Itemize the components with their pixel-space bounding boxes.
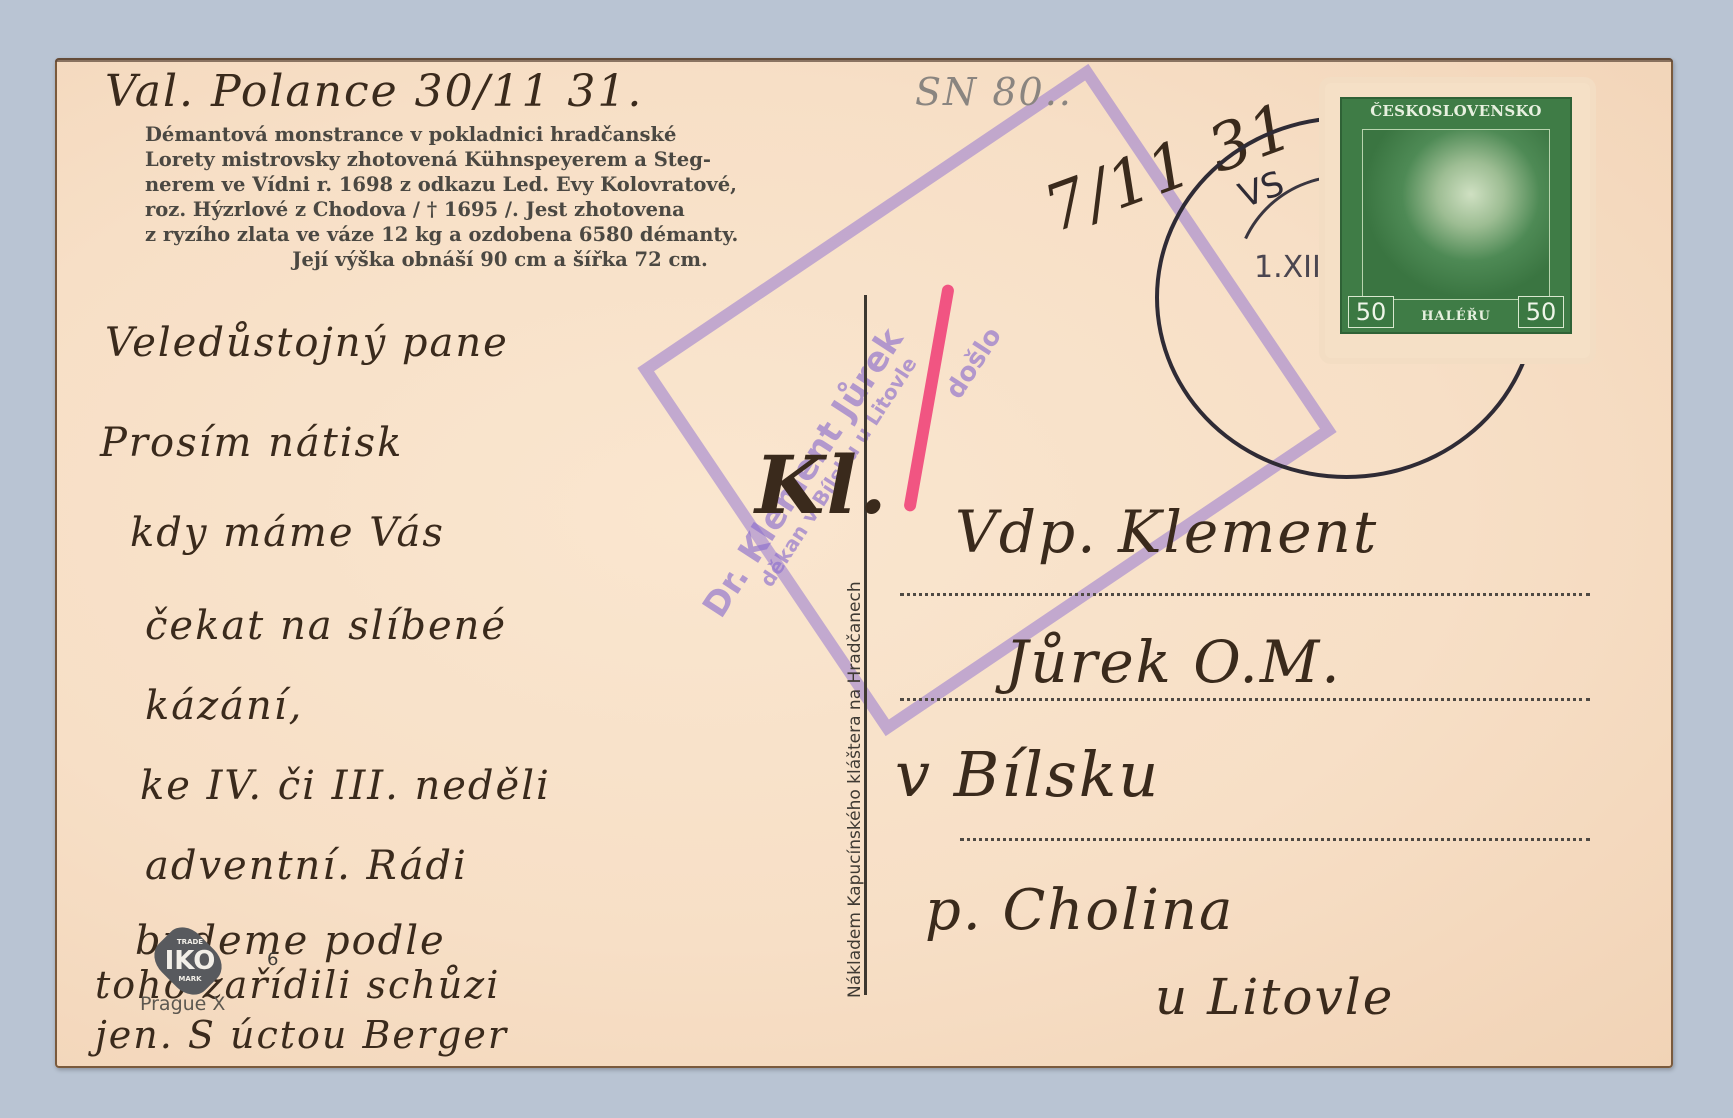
message-line: jen. S úctou Berger (95, 1013, 508, 1057)
stamp-value-right: 50 (1518, 296, 1564, 328)
caption-line: Její výška obnáší 90 cm a šířka 72 cm. (145, 247, 845, 272)
caption-line: z ryzího zlata ve váze 12 kg a ozdobena … (145, 222, 845, 247)
caption-line: roz. Hýzrlové z Chodova / † 1695 /. Jest… (145, 197, 845, 222)
message-line: kázání, (145, 683, 303, 729)
logo-brand: IKO (155, 947, 225, 975)
stamp-portrait (1362, 129, 1550, 300)
address-dotted-line (960, 838, 1590, 841)
address-line: Jůrek O.M. (1005, 628, 1342, 696)
address-dotted-line (900, 698, 1590, 701)
logo-mark: MARK (155, 975, 225, 984)
handwritten-header: Val. Polance 30/11 31. (105, 66, 643, 117)
message-line: Veledůstojný pane (105, 320, 509, 366)
iko-logo: TRADE IKO MARK (155, 938, 225, 984)
message-line: adventní. Rádi (145, 843, 468, 889)
address-line: v Bílsku (895, 738, 1160, 811)
message-line: kdy máme Vás (130, 510, 445, 556)
stamp-frame: ČESKOSLOVENSKO 50 HALÉŘU 50 (1340, 97, 1572, 334)
caption-line: Lorety mistrovsky zhotovená Kühnspeyerem… (145, 147, 845, 172)
caption-line: Démantová monstrance v pokladnici hradča… (145, 122, 845, 147)
address-line: Vdp. Klement (955, 498, 1378, 566)
pencil-note: SN 80.. (915, 70, 1073, 114)
initials-flourish: Kl. (755, 438, 889, 532)
postmark-date: 1.XII (1254, 250, 1321, 285)
postcard: Dr. Klement Jůrek děkan v Bílsku u Litov… (55, 58, 1673, 1068)
publisher-text: Nákladem Kapucínského kláštera na Hradča… (845, 581, 865, 998)
stamp-country: ČESKOSLOVENSKO (1342, 102, 1570, 120)
card-number: 6 (267, 949, 278, 970)
message-line: Prosím nátisk (100, 420, 403, 466)
postage-stamp: ČESKOSLOVENSKO 50 HALÉŘU 50 (1325, 83, 1590, 358)
caption-line: nerem ve Vídni r. 1698 z odkazu Led. Evy… (145, 172, 845, 197)
message-line: čekat na slíbené (145, 603, 507, 649)
message-line: ke IV. či III. neděli (140, 763, 551, 809)
address-line: u Litovle (1155, 968, 1394, 1026)
logo-city: Prague X (140, 993, 225, 1015)
address-line: p. Cholina (925, 878, 1234, 943)
address-dotted-line (900, 593, 1590, 596)
printed-caption: Démantová monstrance v pokladnici hradča… (145, 122, 845, 272)
